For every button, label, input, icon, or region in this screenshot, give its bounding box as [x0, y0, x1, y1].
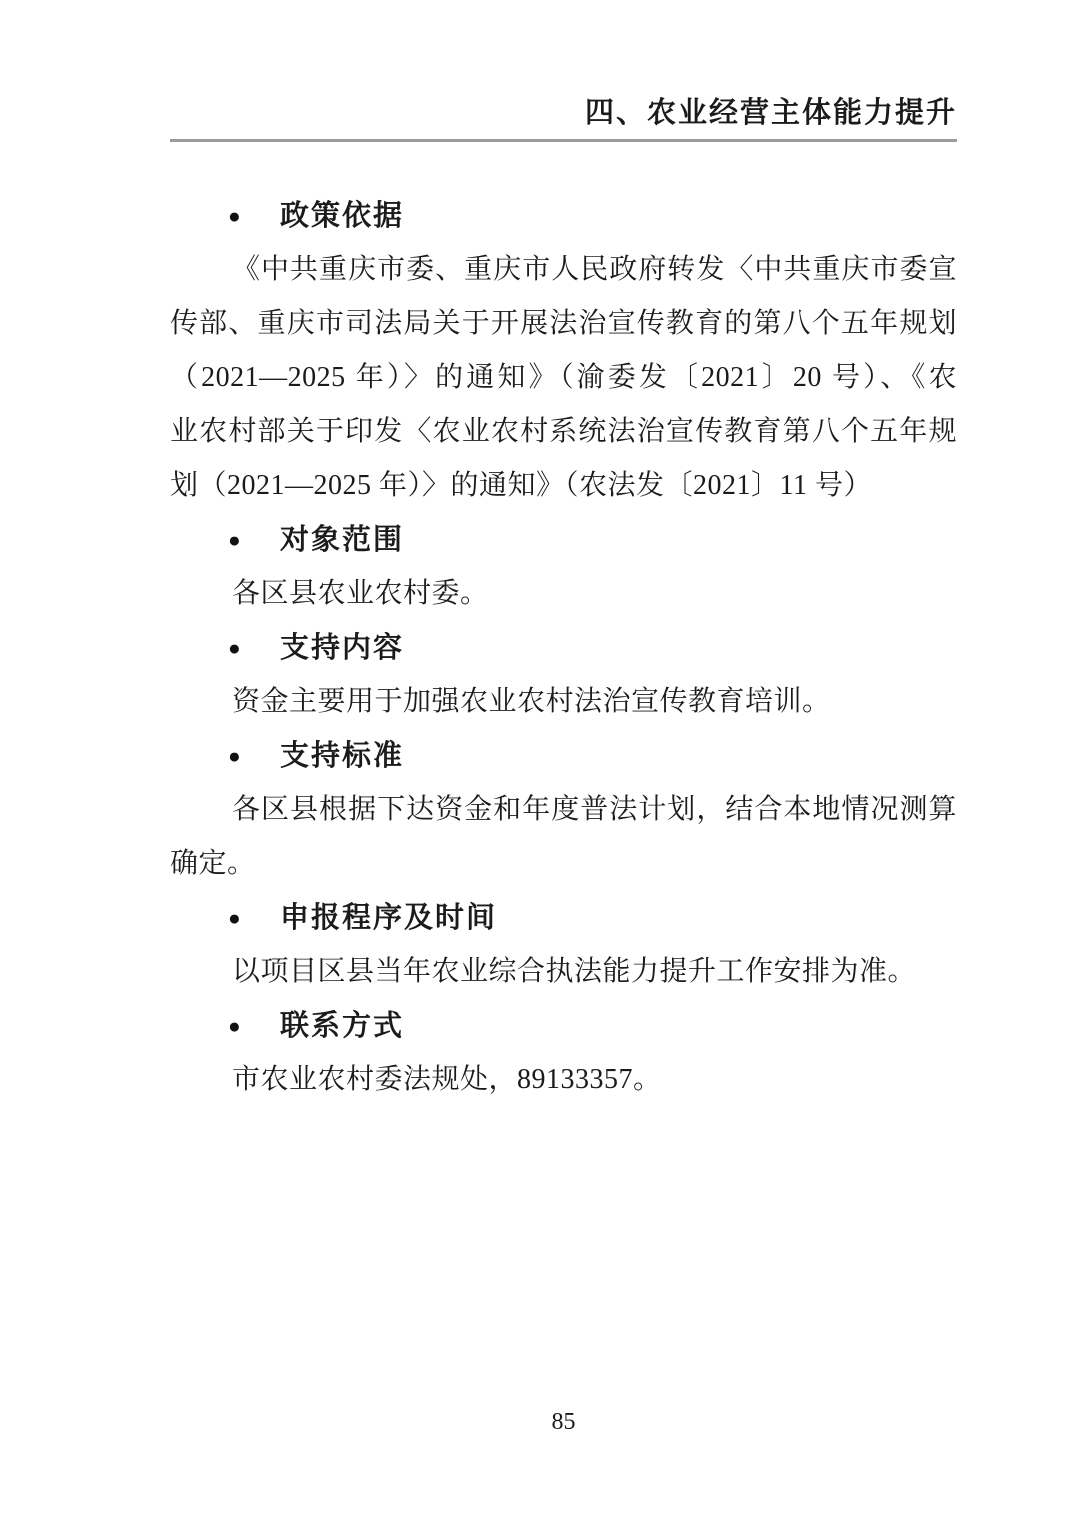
bullet-icon: ●	[228, 513, 280, 567]
section-heading-support-standard: ●支持标准	[170, 729, 957, 783]
section-heading-contact-info: ●联系方式	[170, 999, 957, 1053]
section-heading-label: 联系方式	[280, 1010, 404, 1042]
paragraph-line: （2021—2025 年）〉的通知》（渝委发〔2021〕20 号）、《农	[170, 351, 957, 405]
header-divider	[170, 139, 957, 142]
paragraph-line: 以项目区县当年农业综合执法能力提升工作安排为准。	[170, 945, 957, 999]
page-number: 85	[170, 1408, 957, 1436]
section-heading-target-scope: ●对象范围	[170, 513, 957, 567]
page-header: 四、农业经营主体能力提升	[0, 0, 1074, 142]
section-heading-label: 政策依据	[280, 200, 404, 232]
bullet-icon: ●	[228, 891, 280, 945]
bullet-icon: ●	[228, 729, 280, 783]
paragraph-line: 各区县根据下达资金和年度普法计划，结合本地情况测算	[170, 783, 957, 837]
bullet-icon: ●	[228, 189, 280, 243]
bullet-icon: ●	[228, 621, 280, 675]
paragraph-line: 业农村部关于印发〈农业农村系统法治宣传教育第八个五年规	[170, 405, 957, 459]
document-body: ●政策依据 《中共重庆市委、重庆市人民政府转发〈中共重庆市委宣 传部、重庆市司法…	[170, 189, 957, 1107]
document-page: 四、农业经营主体能力提升 ●政策依据 《中共重庆市委、重庆市人民政府转发〈中共重…	[0, 0, 1074, 1520]
paragraph-line: 各区县农业农村委。	[170, 567, 957, 621]
paragraph-line: 划（2021—2025 年）〉的通知》（农法发〔2021〕11 号）	[170, 459, 957, 513]
paragraph-line: 市农业农村委法规处，89133357。	[170, 1053, 957, 1107]
section-heading-label: 对象范围	[280, 524, 404, 556]
section-heading-application-procedure: ●申报程序及时间	[170, 891, 957, 945]
paragraph-line: 传部、重庆市司法局关于开展法治宣传教育的第八个五年规划	[170, 297, 957, 351]
section-heading-label: 申报程序及时间	[280, 902, 497, 934]
paragraph-line: 确定。	[170, 837, 957, 891]
bullet-icon: ●	[228, 999, 280, 1053]
page-footer: 85	[170, 1408, 957, 1436]
section-heading-policy-basis: ●政策依据	[170, 189, 957, 243]
section-heading-label: 支持标准	[280, 740, 404, 772]
paragraph-line: 《中共重庆市委、重庆市人民政府转发〈中共重庆市委宣	[170, 243, 957, 297]
chapter-header-title: 四、农业经营主体能力提升	[170, 96, 957, 130]
section-heading-support-content: ●支持内容	[170, 621, 957, 675]
section-heading-label: 支持内容	[280, 632, 404, 664]
paragraph-line: 资金主要用于加强农业农村法治宣传教育培训。	[170, 675, 957, 729]
